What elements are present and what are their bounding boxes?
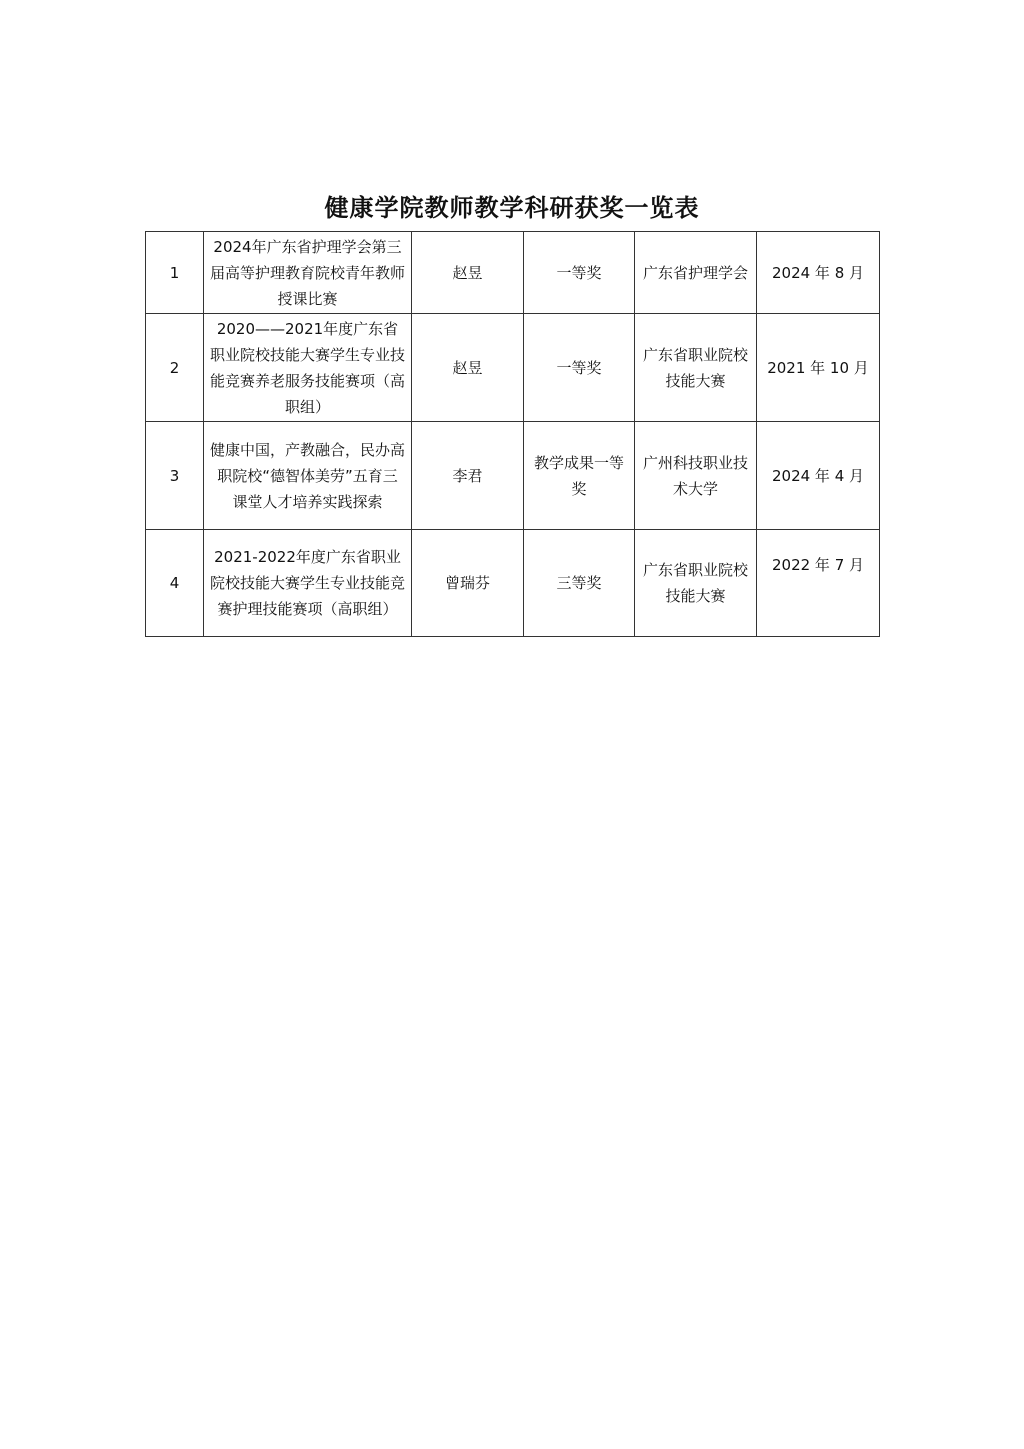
cell-name: 赵昱 [412, 314, 524, 422]
cell-award: 一等奖 [524, 232, 635, 314]
table-row: 1 2024年广东省护理学会第三届高等护理教育院校青年教师授课比赛 赵昱 一等奖… [146, 232, 880, 314]
cell-name: 李君 [412, 422, 524, 530]
cell-organizer: 广东省职业院校技能大赛 [635, 314, 757, 422]
cell-project: 2021-2022年度广东省职业院校技能大赛学生专业技能竞赛护理技能赛项（高职组… [204, 530, 412, 637]
table-row: 2 2020——2021年度广东省职业院校技能大赛学生专业技能竞赛养老服务技能赛… [146, 314, 880, 422]
cell-no: 2 [146, 314, 204, 422]
cell-name: 赵昱 [412, 232, 524, 314]
cell-project: 2024年广东省护理学会第三届高等护理教育院校青年教师授课比赛 [204, 232, 412, 314]
document-title: 健康学院教师教学科研获奖一览表 [0, 188, 1024, 223]
cell-date: 2024 年 8 月 [757, 232, 880, 314]
cell-organizer: 广东省护理学会 [635, 232, 757, 314]
cell-no: 4 [146, 530, 204, 637]
cell-date: 2022 年 7 月 [757, 530, 880, 637]
cell-no: 1 [146, 232, 204, 314]
cell-date: 2021 年 10 月 [757, 314, 880, 422]
cell-name: 曾瑞芬 [412, 530, 524, 637]
cell-award: 一等奖 [524, 314, 635, 422]
cell-no: 3 [146, 422, 204, 530]
cell-award: 教学成果一等奖 [524, 422, 635, 530]
cell-organizer: 广东省职业院校技能大赛 [635, 530, 757, 637]
cell-organizer: 广州科技职业技术大学 [635, 422, 757, 530]
table-row: 3 健康中国，产教融合，民办高职院校“德智体美劳”五育三课堂人才培养实践探索 李… [146, 422, 880, 530]
cell-project: 2020——2021年度广东省职业院校技能大赛学生专业技能竞赛养老服务技能赛项（… [204, 314, 412, 422]
cell-date: 2024 年 4 月 [757, 422, 880, 530]
cell-project: 健康中国，产教融合，民办高职院校“德智体美劳”五育三课堂人才培养实践探索 [204, 422, 412, 530]
cell-award: 三等奖 [524, 530, 635, 637]
awards-table: 1 2024年广东省护理学会第三届高等护理教育院校青年教师授课比赛 赵昱 一等奖… [145, 231, 880, 637]
table-row: 4 2021-2022年度广东省职业院校技能大赛学生专业技能竞赛护理技能赛项（高… [146, 530, 880, 637]
